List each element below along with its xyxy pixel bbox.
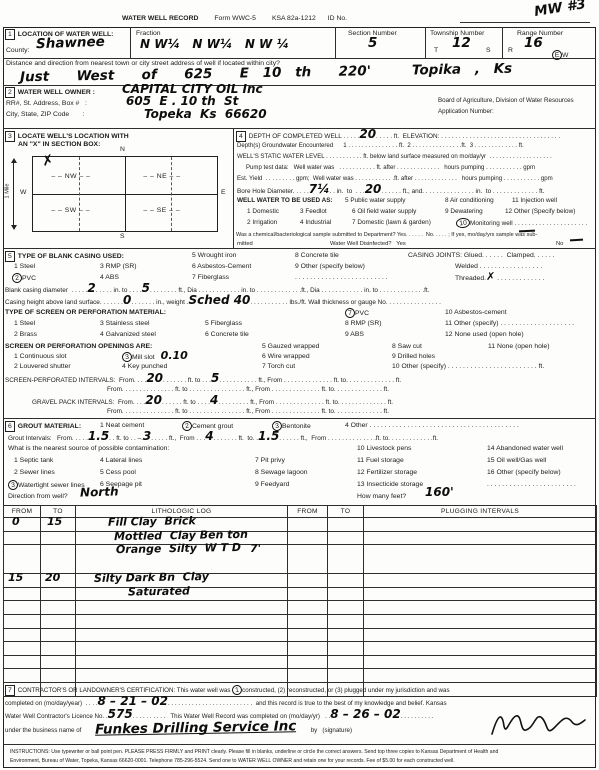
divider [3, 418, 596, 419]
to-value: 20 [45, 574, 60, 582]
bore-hole-depth-value: 20 [365, 185, 382, 193]
range-west: W [562, 52, 568, 59]
screen-concrete-tile: 6 Concrete tile [205, 331, 249, 339]
contam-livestock-pens: 10 Livestock pens [357, 445, 411, 453]
chemical-sample-line2: mitted [237, 240, 253, 248]
grout-other: 4 Other . . . . . . . . . . . . . . . . … [345, 422, 519, 430]
disinfected-label: Water Well Disinfected? Yes [330, 240, 406, 248]
table-row-empty [4, 642, 597, 656]
opening-wire-wrapped: 6 Wire wrapped [262, 353, 310, 361]
use-injection-well: 11 Injection well [512, 197, 557, 205]
contam-cess-pool: 5 Cess pool [100, 469, 136, 477]
contam-sewer-lines: 2 Sewer lines [14, 469, 55, 477]
instructions-line2: Environment, Bureau of Water, Topeka, Ka… [10, 757, 455, 765]
well-water-used-as-label: WELL WATER TO BE USED AS: [237, 197, 333, 205]
casing-asbestos-cement: 6 Asbestos-Cement [192, 263, 251, 271]
gravel-interval-to-value: 4 [210, 396, 218, 404]
cell-from: 0 [4, 518, 41, 532]
table-row-empty [4, 614, 597, 628]
blank-casing-heading: TYPE OF BLANK CASING USED: [18, 253, 124, 261]
divider [335, 27, 336, 58]
cell-litho: Orange Silty W T D 7' [76, 545, 288, 574]
cell-to-plug [328, 518, 364, 532]
form-title: WATER WELL RECORD [122, 15, 198, 23]
by-signature-label: by (signature) [311, 727, 352, 735]
screen-interval-tail: . . . . . . . . . . . ft., From . . . . … [219, 377, 401, 385]
id-number-blank [460, 14, 590, 23]
cell-from [4, 587, 41, 601]
grout-from2-value: 4 [205, 432, 213, 440]
section-3-number: 3 [5, 131, 15, 142]
divider [3, 248, 596, 249]
to-value: 15 [47, 518, 62, 526]
screen-pvc: PVC [355, 310, 369, 318]
header-to-right: TO [328, 506, 364, 518]
square-dashed-quarter-right [171, 157, 172, 231]
arrow-down-icon [11, 225, 17, 230]
grout-mid2: . . . . . ft., From . . . [151, 435, 205, 443]
use-domestic: 1 Domestic [247, 208, 279, 216]
cell-to [41, 587, 76, 601]
cell-from-plug [288, 587, 328, 601]
casing-abs: 4 ABS [100, 274, 119, 282]
owner-city-value: Topeka Ks 66620 [144, 110, 267, 118]
divider [425, 27, 426, 58]
table-row: Mottled Clay Ben ton [4, 531, 597, 545]
screen-asbestos-cement: 10 Asbestos-cement [445, 309, 507, 317]
casing-depth-value: 5 [142, 284, 150, 292]
county-value: Shawnee [36, 37, 105, 49]
use-domestic-lawn-garden: 7 Domestic (lawn & garden) [352, 219, 431, 227]
casing-pvc: PVC [22, 275, 36, 283]
estimated-yield-line: Est. Yield . . . . . . . . . gpm; Well w… [237, 175, 553, 183]
grout-intervals-label: Grout Intervals: From. . . . . [8, 435, 88, 443]
joints-threaded-blank: . . . . . . . . . . . . . [495, 275, 544, 283]
contam-feedyard: 9 Feedyard [255, 481, 289, 489]
grout-from1-value: 1.5 [88, 432, 109, 440]
cell-from-plug [288, 518, 328, 532]
cell-litho: Saturated [76, 587, 288, 601]
contam-insecticide-storage: 13 Insecticide storage [357, 481, 423, 489]
cell-to: 15 [41, 518, 76, 532]
opening-other-specify: 10 Other (specify) . . . . . . . . . . .… [392, 363, 544, 371]
county-label: County: [6, 47, 29, 55]
cell-plug [364, 574, 597, 588]
bore-hole-tail: . . . . . . ft., and. . . . . . . . . . … [381, 188, 544, 196]
openings-heading: SCREEN OR PERFORATION OPENINGS ARE: [5, 343, 152, 351]
cell-from: 15 [4, 574, 41, 588]
screen-rmp: 8 RMP (SR) [345, 320, 382, 328]
locate-heading-line1: LOCATE WELL'S LOCATION WITH [18, 133, 129, 141]
owner-city-label: City, State, ZIP Code : [6, 111, 84, 119]
contam-watertight-sewer: Watertight sewer lines [18, 482, 85, 490]
section-7-number: 7 [5, 685, 15, 696]
gravel-interval-from-value: 20 [145, 396, 162, 404]
use-public-water-supply: 5 Public water supply [345, 197, 405, 205]
opening-key-punched: 4 Key punched [122, 363, 167, 371]
opening-torch-cut: 7 Torch cut [262, 363, 295, 371]
completed-on-label: completed on (mo/day/year) . . . . [5, 700, 98, 708]
use-oil-field-water-supply: 6 Oil field water supply [352, 208, 416, 216]
screen-brass: 2 Brass [14, 331, 37, 339]
cell-plug [364, 531, 597, 545]
compass-north-label: N [120, 146, 125, 154]
contam-other-specify: 16 Other (specify below) [487, 469, 561, 477]
groundwater-encountered-line: Depth(s) Groundwater Encountered 1 . . .… [237, 142, 524, 150]
well-location-x-mark: ✗ [40, 152, 55, 170]
circled-constructed-1: 1 [232, 685, 243, 696]
use-air-conditioning: 8 Air conditioning [445, 197, 494, 205]
contam-pit-privy: 7 Pit privy [255, 457, 285, 465]
from-value: 0 [12, 518, 20, 526]
section-4-number: 4 [236, 131, 246, 142]
casing-fiberglass: 7 Fiberglass [192, 274, 229, 282]
contam-oil-gas-well: 15 Oil well/Gas well [487, 457, 546, 465]
contamination-source-label: What is the nearest source of possible c… [8, 445, 169, 453]
business-name-label: under the business name of [5, 727, 81, 735]
owner-heading: WATER WELL OWNER : [18, 89, 95, 97]
circled-monitoring-well-10: 10 [456, 217, 471, 228]
how-many-feet-label: How many feet? [357, 493, 406, 501]
casing-weight-tail: . . . . . . . . . . . lbs./ft. Wall thic… [250, 299, 440, 307]
disinfected-no-label: No [556, 240, 563, 248]
contam-lateral-lines: 4 Lateral lines [100, 457, 142, 465]
instructions-line1: INSTRUCTIONS: Use typewriter or ball poi… [10, 748, 498, 756]
cell-to-plug [328, 574, 364, 588]
application-number-label: Application Number: [438, 108, 494, 116]
contam-fuel-storage: 11 Fuel storage [357, 457, 404, 465]
casing-diameter-mid: . . . . . in. to . . . . [96, 287, 142, 295]
licence-number-value: 575 [108, 710, 133, 718]
joints-threaded-label: Threaded. [455, 275, 486, 283]
section-6-number: 6 [5, 421, 15, 432]
table-header-row: FROM TO LITHOLOGIC LOG FROM TO PLUGGING … [4, 506, 597, 518]
screen-material-heading: TYPE OF SCREEN OR PERFORATION MATERIAL: [5, 309, 166, 317]
opening-louvered: 2 Louvered shutter [14, 363, 71, 371]
circled-screen-pvc-7: 7 [345, 308, 356, 319]
one-mile-scale: 1 Mile [9, 158, 19, 230]
form-number: Form WWC-5 [214, 15, 256, 23]
screen-interval-mid: . . . . . . . ft. to . . . [163, 377, 211, 385]
divider [3, 58, 596, 59]
table-row-empty [4, 669, 597, 683]
compass-east-label: E [221, 189, 226, 197]
grout-to2-value: 1.5 [258, 432, 279, 440]
contam-sewage-lagoon: 8 Sewage lagoon [255, 469, 308, 477]
divider [3, 744, 596, 745]
screen-interval-from-value: 20 [146, 374, 163, 382]
section-number-value: 5 [368, 38, 377, 48]
section-5-number: 5 [5, 251, 15, 262]
table-row: 15 20 Silty Dark Bn Clay [4, 574, 597, 588]
board-of-agriculture-line: Board of Agriculture, Division of Water … [438, 97, 574, 105]
use-feedlot: 3 Feedlot [300, 208, 327, 216]
grout-bentonite: Bentonite [282, 423, 311, 431]
header-plugging-intervals: PLUGGING INTERVALS [364, 506, 597, 518]
contam-fertilizer-storage: 12 Fertilizer storage [357, 469, 417, 477]
header-from-right: FROM [288, 506, 328, 518]
gravel-pack-intervals-label: GRAVEL PACK INTERVALS: From. . . . [32, 399, 145, 407]
cell-from-plug [288, 574, 328, 588]
casing-concrete-tile: 8 Concrete tile [295, 252, 339, 260]
record-completed-tail: . . . . . . . . . . [401, 713, 434, 721]
scale-line [13, 162, 14, 226]
completed-on-tail: . . . . . . . . . . . . . . . . . . . . … [168, 700, 447, 708]
casing-height-value: 0 [123, 296, 131, 304]
divider [502, 27, 503, 58]
contractor-signature-scribble [488, 708, 588, 740]
township-suffix: S [486, 47, 491, 55]
owner-value: CAPITAL CITY OIL Inc [122, 85, 263, 93]
screen-perforated-intervals-label: SCREEN-PERFORATED INTERVALS: From. . . . [5, 377, 146, 385]
opening-drilled-holes: 9 Drilled holes [392, 353, 435, 361]
range-value: 16 [524, 38, 543, 48]
cell-from [4, 531, 41, 545]
cell-to [41, 531, 76, 545]
cell-plug [364, 587, 597, 601]
table-row-empty [4, 655, 597, 669]
screen-interval-to-value: 5 [211, 374, 219, 382]
screen-none-open-hole: 12 None used (open hole) [445, 331, 524, 339]
quadrant-se-label: – – SE – – [143, 207, 180, 214]
contam-septic-tank: 1 Septic tank [14, 457, 53, 465]
casing-other-blank: . . . . . . . . . . . . . . . . . . . . … [295, 274, 388, 282]
cell-to: 20 [41, 574, 76, 588]
litho-value: Silty Dark Bn Clay [94, 573, 209, 583]
static-water-level-line: WELL'S STATIC WATER LEVEL . . . . . . . … [237, 153, 552, 161]
use-industrial: 4 Industrial [300, 219, 331, 227]
casing-height-label: Casing height above land surface. . . . … [5, 299, 123, 307]
joints-welded: Welded . . . . . . . . . . . . . . . . . [455, 263, 542, 271]
divider [233, 128, 234, 248]
threaded-x-mark: ✗ [486, 273, 495, 281]
section-square: – – NW – – – – NE – – – – SW – – – – SE … [32, 156, 218, 232]
id-number-label: ID No. [328, 15, 347, 23]
completed-on-value: 8 – 21 – 02 [98, 697, 168, 705]
contam-abandoned-well: 14 Abandoned water well [487, 445, 563, 453]
lithologic-log-table: FROM TO LITHOLOGIC LOG FROM TO PLUGGING … [3, 505, 597, 697]
quadrant-nw-label: – – NW – – [51, 173, 90, 180]
licence-number-label: Water Well Contractor's Licence No. . [5, 713, 108, 721]
circled-east: E [552, 50, 563, 61]
opening-continuous-slot: 1 Continuous slot [14, 353, 67, 361]
one-mile-label: 1 Mile [4, 184, 10, 199]
square-dashed-quarter-left [79, 157, 80, 231]
bore-hole-diameter-value: 7¼ [309, 185, 330, 193]
cell-from-plug [288, 531, 328, 545]
gravel-interval-mid: . . . . . . ft. to . . . . [162, 399, 210, 407]
grout-tail: . . . . . . ft., From . . . . . . . . . … [279, 435, 438, 443]
opening-gauzed: 5 Gauzed wrapped [262, 343, 319, 351]
from-value: 15 [8, 574, 23, 582]
owner-address-label: RR#, St. Address, Box # : [6, 100, 87, 108]
opening-mill-slot: Mill slot [132, 354, 155, 362]
casing-diameter-value: 2 [87, 284, 95, 292]
contam-other-blank: . . . . . . . . . . . . . . . . . . . . … [487, 481, 576, 489]
casing-other-specify: 9 Other (specify below) [295, 263, 365, 271]
grout-mid1: . . ft. to . . –. [109, 435, 143, 443]
certification-post: constructed, (2) reconstructed, or (3) p… [242, 687, 449, 695]
fraction-value: N W¼ N W¼ N W ¼ [140, 40, 289, 48]
square-center-horizontal [33, 194, 217, 195]
circled-mill-slot-3: 3 [122, 352, 133, 363]
use-irrigation: 2 Irrigation [247, 219, 277, 227]
cell-plug [364, 545, 597, 574]
depth-completed-well-label: DEPTH OF COMPLETED WELL . . . . . [249, 133, 360, 141]
circled-watertight-sewer-3: 3 [8, 480, 19, 491]
water-well-record-form: MW #3 WATER WELL RECORD Form WWC-5 KSA 8… [0, 0, 599, 770]
litho-value: Orange Silty W T D [116, 544, 241, 554]
owner-address-value: 605 E . 10 th St [126, 97, 238, 105]
cell-from-plug [288, 545, 328, 574]
use-other-specify: 12 Other (Specify below) [505, 208, 575, 216]
range-east-circled: EW [552, 44, 568, 62]
casing-rmp: 3 RMP (SR) [100, 263, 137, 271]
quadrant-sw-label: – – SW – – [51, 207, 90, 214]
how-many-feet-value: 160' [425, 488, 454, 496]
blank-casing-diameter-label: Blank casing diameter . . . . . [5, 287, 87, 295]
casing-steel: 1 Steel [14, 263, 35, 271]
business-name-value: Funkes Drilling Service Inc [95, 721, 297, 736]
range-prefix: R [508, 47, 513, 55]
screen-stainless: 3 Stainless steel [100, 320, 150, 328]
cell-to-plug [328, 531, 364, 545]
litho-value: Saturated [128, 587, 190, 596]
gravel-interval-tail: . . . . . . . . . ft., From . . . . . . … [218, 399, 393, 407]
screen-abs: 9 ABS [345, 331, 364, 339]
pump-test-line: Pump test data: Well water was . . . . .… [246, 164, 535, 172]
compass-south-label: S [120, 233, 125, 241]
record-completed-value: 8 – 26 – 02 [330, 710, 400, 718]
cell-from [4, 545, 41, 574]
table-row-empty [4, 601, 597, 615]
table-row: Saturated [4, 587, 597, 601]
casing-joints-label: CASING JOINTS: Glued. . . . . . Clamped.… [408, 252, 555, 260]
divider [3, 85, 596, 86]
grout-material-heading: GROUT MATERIAL: [18, 423, 81, 431]
gravel-intervals-line2: From. . . . . . . . . . . . . . . ft. to… [107, 408, 389, 416]
direction-from-well-value: North [80, 487, 119, 496]
screen-fiberglass: 5 Fiberglass [205, 320, 242, 328]
opening-saw-cut: 8 Saw cut [392, 343, 422, 351]
grout-mid3: . . . . . . . ft. to. . [214, 435, 258, 443]
divider [3, 128, 596, 129]
form-statute: KSA 82a-1212 [272, 15, 316, 23]
section-1-number: 1 [5, 29, 15, 40]
divider [130, 27, 131, 58]
quadrant-ne-label: – – NE – – [143, 173, 180, 180]
section-location-diagram: N S W E 1 Mile – – NW – – – – NE – – – –… [8, 146, 226, 242]
compass-west-label: W [20, 189, 26, 197]
use-dewatering: 9 Dewatering [445, 208, 483, 216]
chemical-sample-line: Was a chemical/bacteriological sample su… [236, 231, 537, 239]
litho-note: 7' [250, 545, 261, 553]
screen-other-specify: 11 Other (specify) . . . . . . . . . . .… [445, 320, 574, 328]
grout-to1-value: 3 [143, 432, 151, 440]
litho-value: Mottled Clay Ben ton [114, 530, 248, 540]
litho-value: Fill Clay Brick [108, 517, 196, 527]
circled-cement-grout-2: 2 [182, 421, 193, 432]
cell-plug [364, 518, 597, 532]
bore-hole-diameter-label: Bore Hole Diameter. . . . . [237, 188, 309, 196]
mill-slot-size-value: 0.10 [161, 352, 188, 360]
table-row: Orange Silty W T D 7' [4, 545, 597, 574]
township-value: 12 [452, 38, 471, 48]
section-2-number: 2 [5, 87, 15, 98]
use-monitoring-well: Monitoring well . . . . . . . . . . . . … [470, 220, 587, 228]
header-from-left: FROM [4, 506, 41, 518]
depth-elevation-tail: . . . . . ft. ELEVATION: . . . . . . . .… [376, 133, 560, 141]
table-row: 0 15 Fill Clay Brick [4, 518, 597, 532]
cell-to [41, 545, 76, 574]
opening-none-open-hole: 11 None (open hole) [488, 343, 549, 351]
direction-from-well-label: Direction from well? [8, 493, 68, 501]
cell-to-plug [328, 587, 364, 601]
screen-steel: 1 Steel [14, 320, 35, 328]
circled-pvc-2: 2 [12, 273, 23, 284]
depth-completed-well-value: 20 [359, 130, 376, 138]
casing-weight-value: Sched 40 [189, 296, 251, 304]
table-row-empty [4, 628, 597, 642]
township-prefix: T [434, 47, 438, 55]
casing-weight-mid: . . . . . . . in., weight . [131, 299, 188, 307]
screen-galvanized: 4 Galvanized steel [100, 331, 156, 339]
bore-hole-mid: . . in. to . . . [330, 188, 365, 196]
cell-to-plug [328, 545, 364, 574]
casing-wrought-iron: 5 Wrought iron [192, 252, 236, 260]
